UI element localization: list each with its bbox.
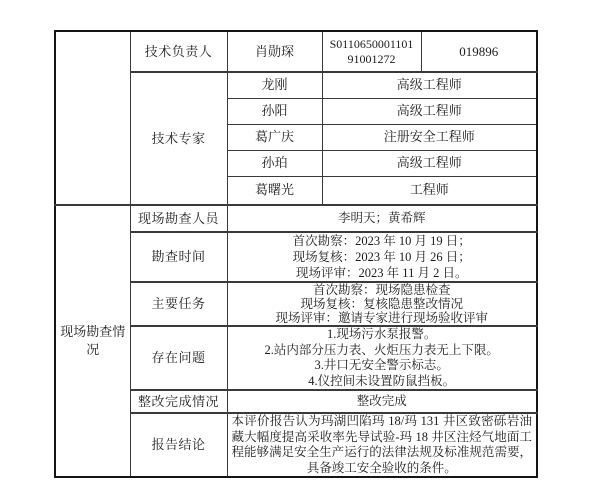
expert-name: 葛曙光 bbox=[227, 176, 322, 205]
cell-line: 3.井口无安全警示标志。 bbox=[231, 358, 534, 374]
cell-line: 首次勘察：现场隐患检查 bbox=[231, 283, 534, 297]
conclusion-paragraph: 本评价报告认为玛湖凹陷玛 18/玛 131 井区致密砾岩油藏大幅度提高采收率先导… bbox=[232, 414, 533, 476]
cell-line: 2.站内部分压力表、火炬压力表无上下限。 bbox=[231, 343, 534, 359]
tech-lead-name: 肖勋琛 bbox=[227, 31, 322, 72]
cell-line: 现场评审：邀请专家进行现场验收评审 bbox=[231, 311, 534, 325]
cell-line: 4.仪控间未设置防鼠挡板。 bbox=[231, 374, 534, 390]
expert-title: 工程师 bbox=[322, 176, 537, 205]
conclusion-value: 本评价报告认为玛湖凹陷玛 18/玛 131 井区致密砾岩油藏大幅度提高采收率先导… bbox=[227, 413, 537, 477]
cert-number-line1: S0110650001101 bbox=[326, 37, 418, 52]
cell-line: 首次勘察：2023 年 10 月 19 日； bbox=[231, 233, 534, 249]
main-tasks-value: 首次勘察：现场隐患检查 现场复核：复核隐患整改情况 现场评审：邀请专家进行现场验… bbox=[227, 282, 537, 326]
cell-line: 1.现场污水泵报警。 bbox=[231, 327, 534, 343]
survey-personnel-label: 现场勘查人员 bbox=[130, 205, 227, 232]
cell-line: 现场复核：2023 年 10 月 26 日； bbox=[231, 249, 534, 265]
cell-line: 现场复核：复核隐患整改情况 bbox=[231, 297, 534, 311]
tech-lead-id-number: 019896 bbox=[421, 31, 537, 72]
cert-number-line2: 91001272 bbox=[326, 52, 418, 67]
survey-time-label: 勘查时间 bbox=[130, 232, 227, 282]
main-tasks-label: 主要任务 bbox=[130, 282, 227, 326]
tech-lead-row: 技术负责人 肖勋琛 S0110650001101 91001272 019896 bbox=[55, 31, 537, 72]
cell-line: 李明天；黄希辉 bbox=[231, 211, 534, 226]
issues-value: 1.现场污水泵报警。 2.站内部分压力表、火炬压力表无上下限。 3.井口无安全警… bbox=[227, 326, 537, 390]
expert-title: 高级工程师 bbox=[322, 72, 537, 98]
expert-name: 葛广庆 bbox=[227, 124, 322, 150]
expert-name: 龙刚 bbox=[227, 72, 322, 98]
safety-acceptance-evaluation-table: 技术负责人 肖勋琛 S0110650001101 91001272 019896… bbox=[54, 30, 538, 478]
conclusion-label: 报告结论 bbox=[130, 413, 227, 477]
rectification-label: 整改完成情况 bbox=[130, 390, 227, 413]
survey-personnel-row: 现场勘查情况 现场勘查人员 李明天；黄希辉 bbox=[55, 205, 537, 232]
left-section-cell-empty bbox=[55, 31, 130, 205]
expert-name: 孙珀 bbox=[227, 150, 322, 176]
survey-personnel-value: 李明天；黄希辉 bbox=[227, 205, 537, 232]
rectification-value: 整改完成 bbox=[227, 390, 537, 413]
cell-line: 现场评审：2023 年 11 月 2 日。 bbox=[231, 265, 534, 281]
expert-title: 高级工程师 bbox=[322, 150, 537, 176]
expert-name: 孙阳 bbox=[227, 98, 322, 124]
tech-lead-cert-number: S0110650001101 91001272 bbox=[322, 31, 421, 72]
survey-section-label: 现场勘查情况 bbox=[55, 205, 130, 477]
survey-time-value: 首次勘察：2023 年 10 月 19 日； 现场复核：2023 年 10 月 … bbox=[227, 232, 537, 282]
expert-title: 高级工程师 bbox=[322, 98, 537, 124]
tech-lead-label: 技术负责人 bbox=[130, 31, 227, 72]
issues-label: 存在问题 bbox=[130, 326, 227, 390]
expert-title: 注册安全工程师 bbox=[322, 124, 537, 150]
experts-label: 技术专家 bbox=[130, 72, 227, 205]
cell-line: 整改完成 bbox=[231, 394, 534, 409]
